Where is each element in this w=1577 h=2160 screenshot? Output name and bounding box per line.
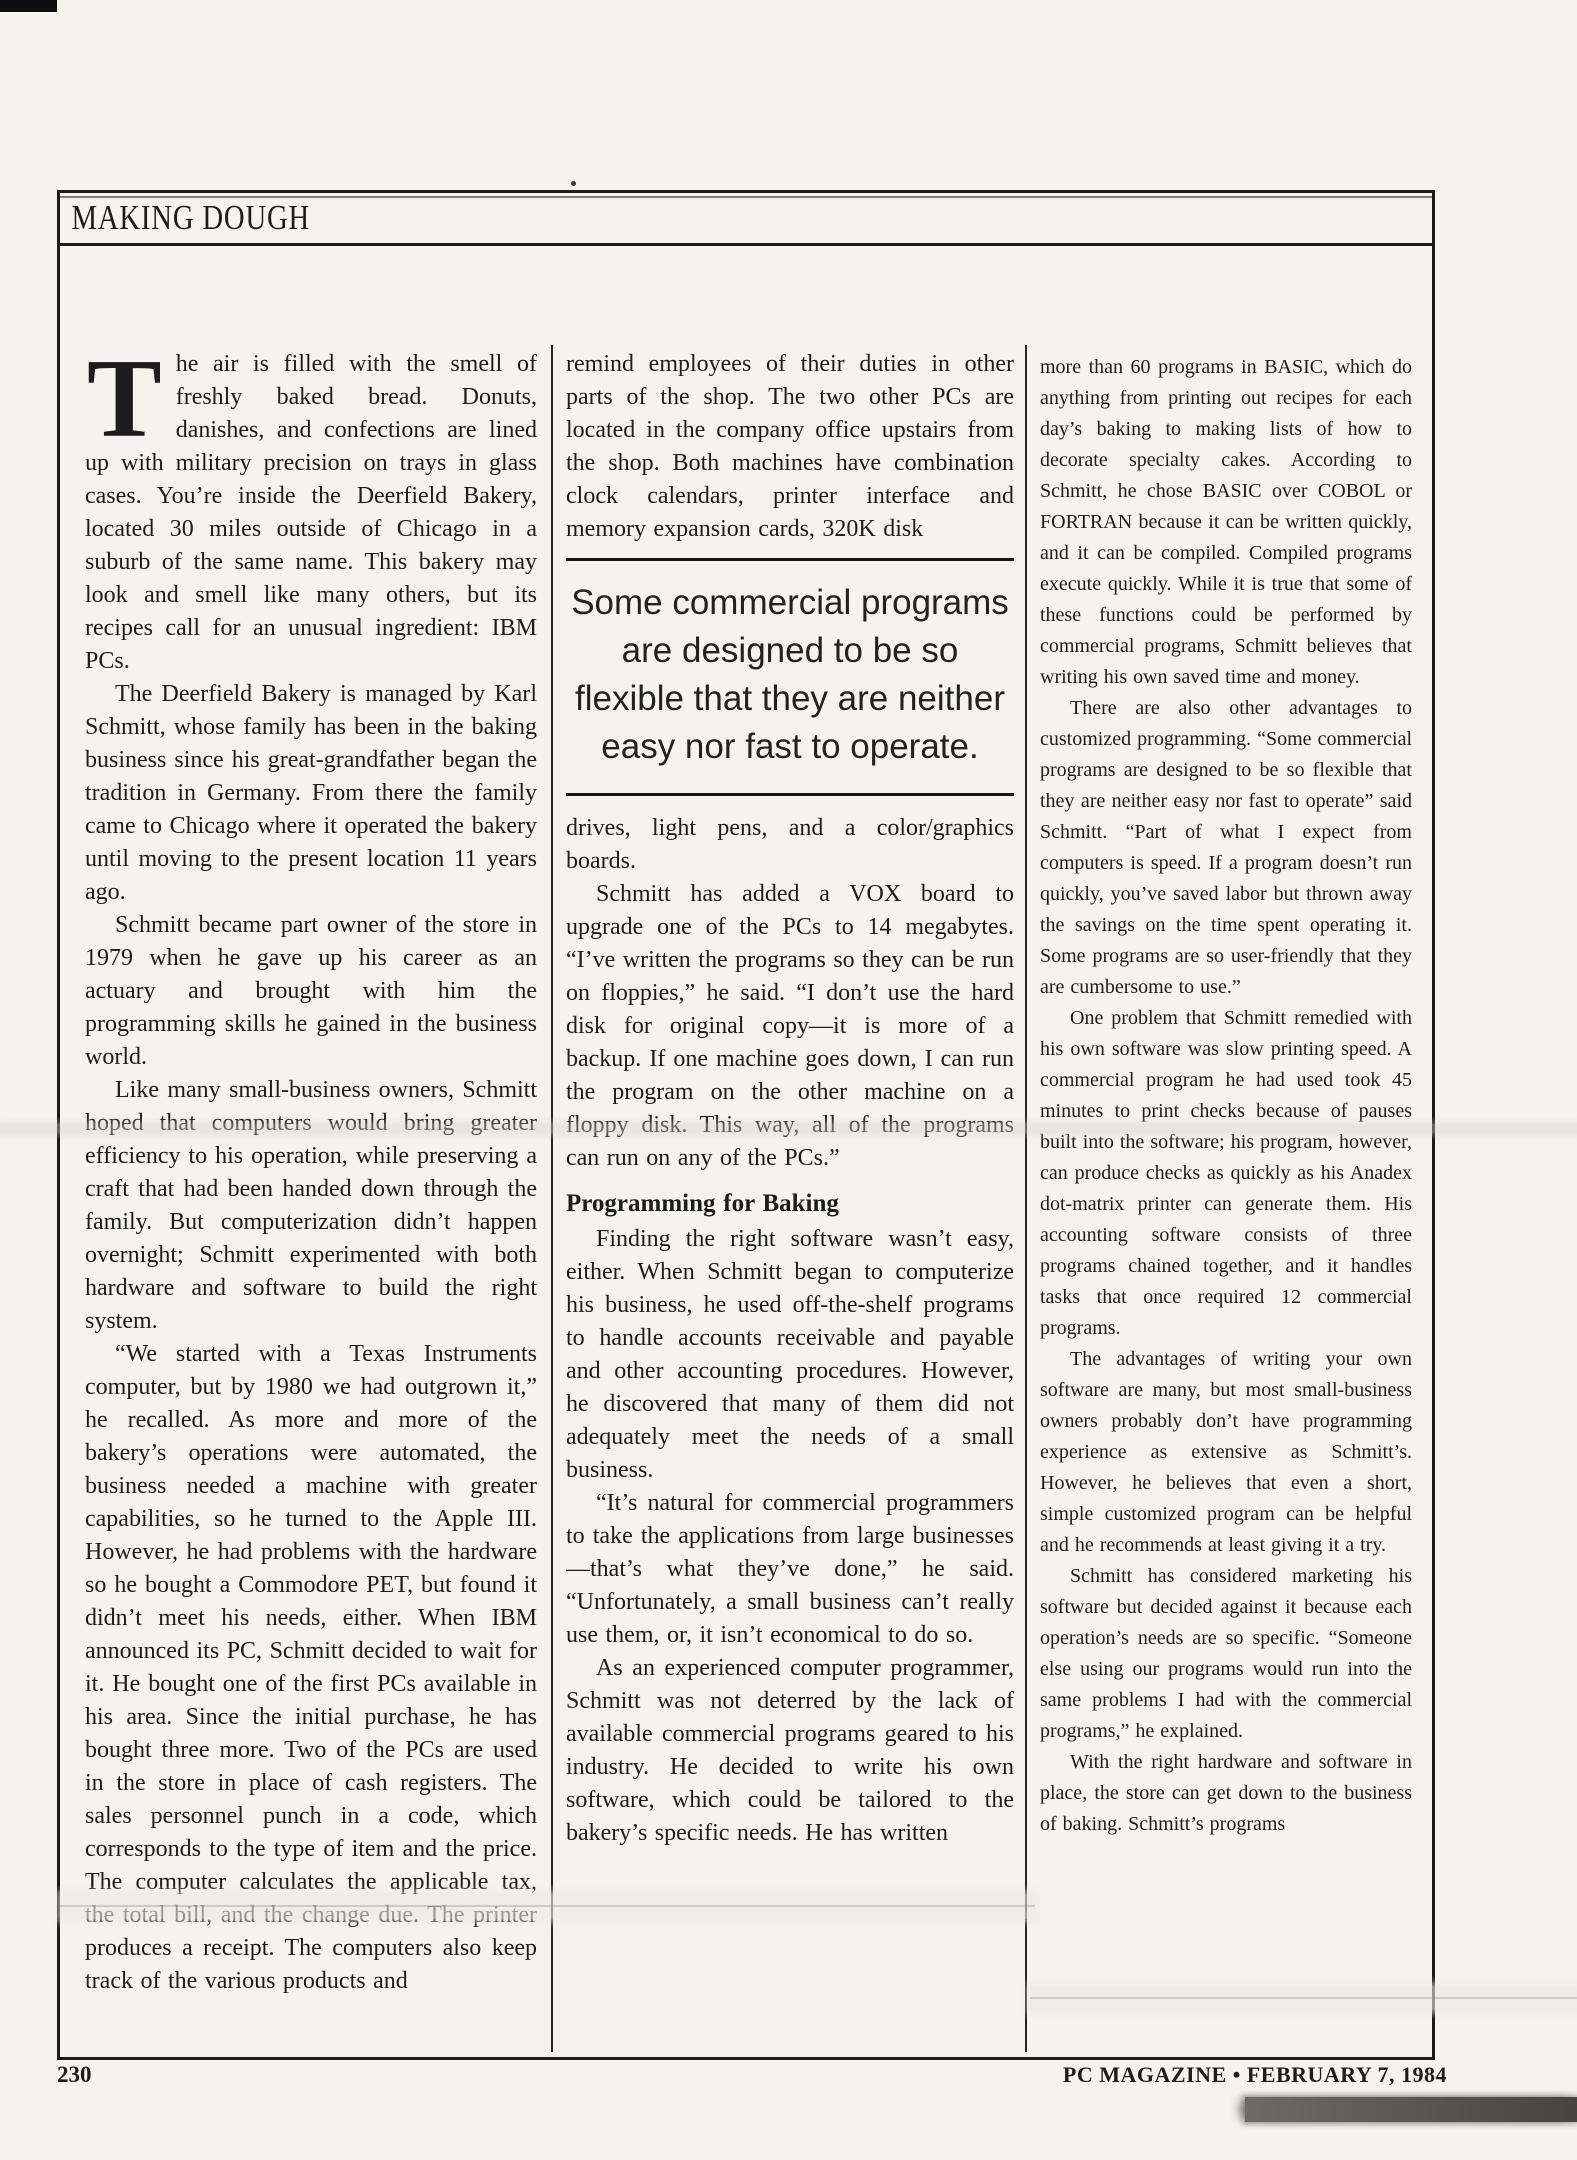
paragraph: “It’s natural for commercial programmers… [566, 1487, 1014, 1652]
paragraph: more than 60 programs in BASIC, which do… [1040, 352, 1412, 693]
paragraph: remind employees of their duties in othe… [566, 348, 1014, 546]
paragraph: With the right hardware and software in … [1040, 1747, 1412, 1840]
paragraph: Finding the right software wasn’t easy, … [566, 1223, 1014, 1487]
column-divider-rule-2 [1025, 345, 1027, 2052]
paragraph: Schmitt has considered marketing his sof… [1040, 1561, 1412, 1747]
section-heading: Programming for Baking [566, 1187, 1014, 1220]
paragraph: The Deerfield Bakery is managed by Karl … [85, 678, 537, 909]
paragraph: As an experienced computer programmer, S… [566, 1652, 1014, 1850]
paragraph-lead: The air is filled with the smell of fres… [85, 348, 537, 678]
scan-artifact-bottom-bar [1245, 2097, 1577, 2122]
pull-quote-text: Some commercial programs are designed to… [571, 583, 1009, 766]
page-number: 230 [57, 2062, 92, 2088]
article-column-3: more than 60 programs in BASIC, which do… [1040, 352, 1412, 2058]
paragraph: One problem that Schmitt remedied with h… [1040, 1003, 1412, 1344]
pull-quote: Some commercial programs are designed to… [566, 558, 1014, 796]
paragraph: Schmitt became part owner of the store i… [85, 909, 537, 1074]
magazine-footer-line: PC MAGAZINE • FEBRUARY 7, 1984 [1063, 2062, 1447, 2088]
article-column-1: The air is filled with the smell of fres… [85, 348, 537, 2054]
scan-artifact-dot [571, 181, 576, 186]
paragraph: Like many small-business owners, Schmitt… [85, 1074, 537, 1338]
column-divider-rule-1 [551, 345, 553, 2052]
article-column-2: remind employees of their duties in othe… [566, 348, 1014, 2054]
scan-artifact-smudge-right [1030, 1986, 1577, 2010]
paragraph: The advantages of writing your own softw… [1040, 1344, 1412, 1561]
scan-artifact-band [0, 1124, 1577, 1133]
scan-artifact-smudge-left [60, 1894, 1035, 1919]
article-header-band: MAKING DOUGH [60, 193, 1432, 246]
magazine-page-scan: MAKING DOUGH The air is filled with the … [0, 0, 1577, 2160]
paragraph: There are also other advantages to custo… [1040, 693, 1412, 1003]
scan-artifact-corner [0, 0, 57, 12]
dropcap-letter: T [87, 354, 162, 444]
article-title: MAKING DOUGH [60, 193, 310, 243]
paragraph: drives, light pens, and a color/graphics… [566, 812, 1014, 878]
